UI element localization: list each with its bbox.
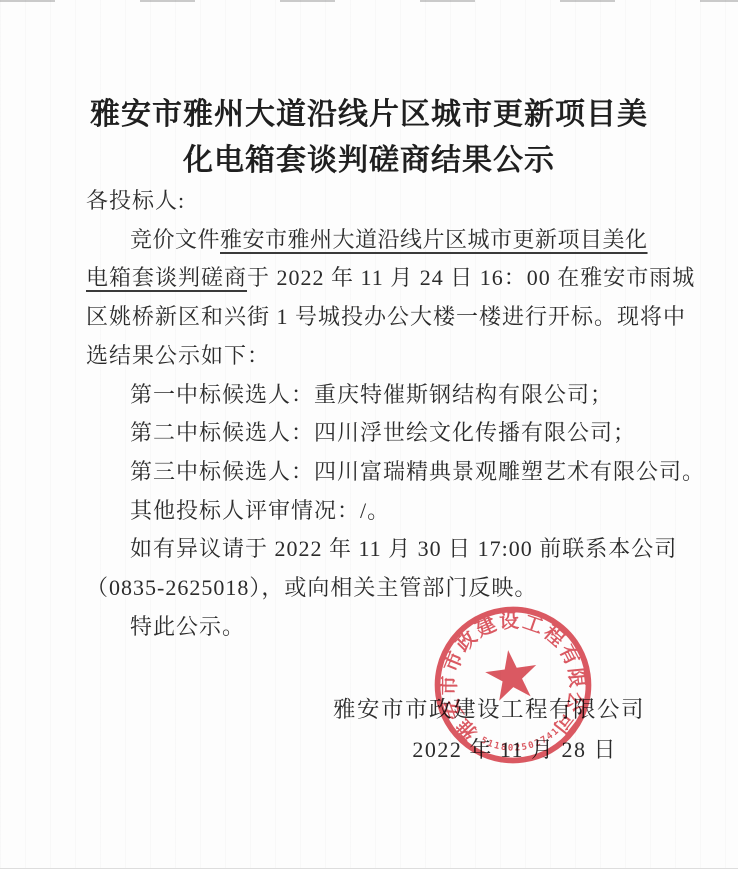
paragraph-line: 区姚桥新区和兴街 1 号城投办公大楼一楼进行开标。现将中: [86, 298, 656, 337]
candidate-line-2: 第二中标候选人：四川浮世绘文化传播有限公司；: [86, 414, 656, 453]
objection-line-2: （0835-2625018），或向相关主管部门反映。: [86, 569, 656, 608]
greeting: 各投标人:: [86, 182, 656, 221]
body-text: 于 2022 年 11 月 24 日 16：00 在雅安市雨城: [247, 265, 695, 290]
title-line-2: 化电箱套谈判磋商结果公示: [0, 138, 738, 184]
scan-edge-artifact: [0, 0, 738, 2]
paragraph-line: 电箱套谈判磋商于 2022 年 11 月 24 日 16：00 在雅安市雨城: [86, 259, 656, 298]
objection-line-1: 如有异议请于 2022 年 11 月 30 日 17:00 前联系本公司: [86, 530, 656, 569]
closing-line: 特此公示。: [86, 608, 656, 647]
announcement-document: 雅安市雅州大道沿线片区城市更新项目美 化电箱套谈判磋商结果公示 各投标人: 竞价…: [0, 0, 738, 869]
document-body: 各投标人: 竞价文件雅安市雅州大道沿线片区城市更新项目美化 电箱套谈判磋商于 2…: [86, 182, 656, 646]
paragraph-line: 竞价文件雅安市雅州大道沿线片区城市更新项目美化: [86, 221, 656, 260]
body-text: 竞价文件: [130, 227, 220, 252]
other-review-line: 其他投标人评审情况：/。: [86, 492, 656, 531]
signature-date: 2022 年 11 月 28 日: [412, 733, 617, 764]
underlined-project-name: 雅安市雅州大道沿线片区城市更新项目美化: [220, 227, 648, 252]
paragraph-line: 选结果公示如下：: [86, 337, 656, 376]
candidate-line-1: 第一中标候选人：重庆特催斯钢结构有限公司；: [86, 376, 656, 415]
signature-company: 雅安市市政建设工程有限公司: [333, 692, 645, 724]
candidate-line-3: 第三中标候选人：四川富瑞精典景观雕塑艺术有限公司。: [86, 453, 656, 492]
underlined-project-name: 电箱套谈判磋商: [86, 265, 247, 290]
title-line-1: 雅安市雅州大道沿线片区城市更新项目美: [0, 92, 738, 138]
document-title: 雅安市雅州大道沿线片区城市更新项目美 化电箱套谈判磋商结果公示: [0, 92, 738, 183]
